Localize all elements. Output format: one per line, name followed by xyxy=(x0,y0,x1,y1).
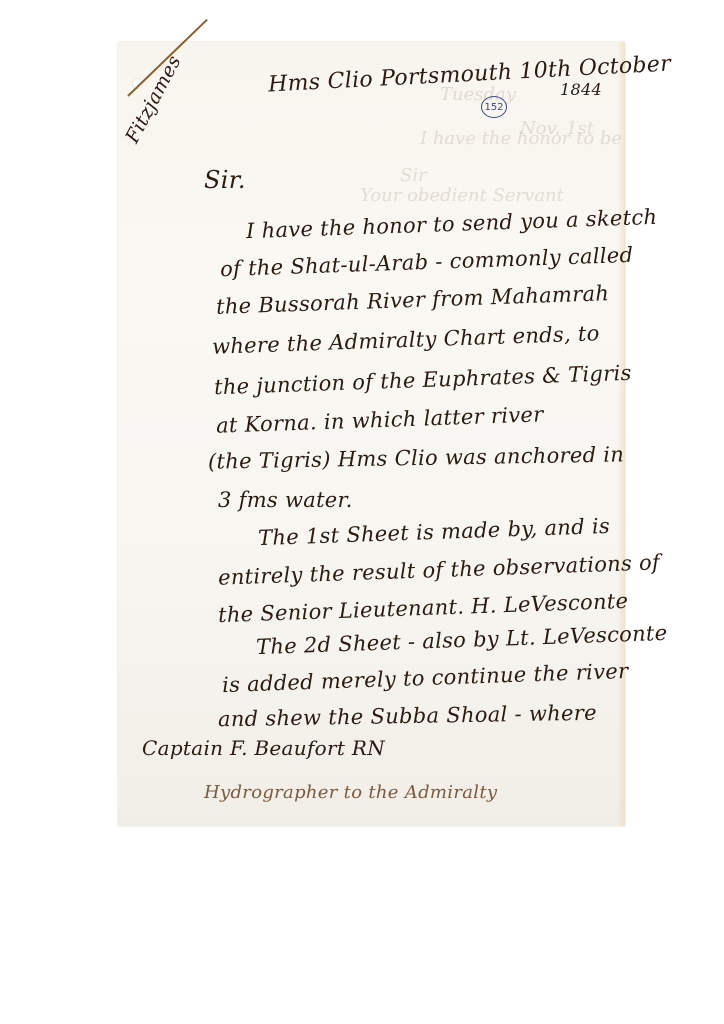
bleed-through-text: I have the honor to be xyxy=(420,128,622,149)
addressee-title: Hydrographer to the Admiralty xyxy=(204,784,497,802)
folio-number: 152 xyxy=(481,96,507,118)
body-line: 3 fms water. xyxy=(218,490,353,511)
bleed-through-text: Sir xyxy=(400,165,427,186)
letter-heading-year: 1844 xyxy=(560,82,602,98)
salutation: Sir. xyxy=(204,168,246,192)
addressee-name: Captain F. Beaufort RN xyxy=(142,738,385,758)
bleed-through-text: Your obedient Servant xyxy=(360,185,564,206)
